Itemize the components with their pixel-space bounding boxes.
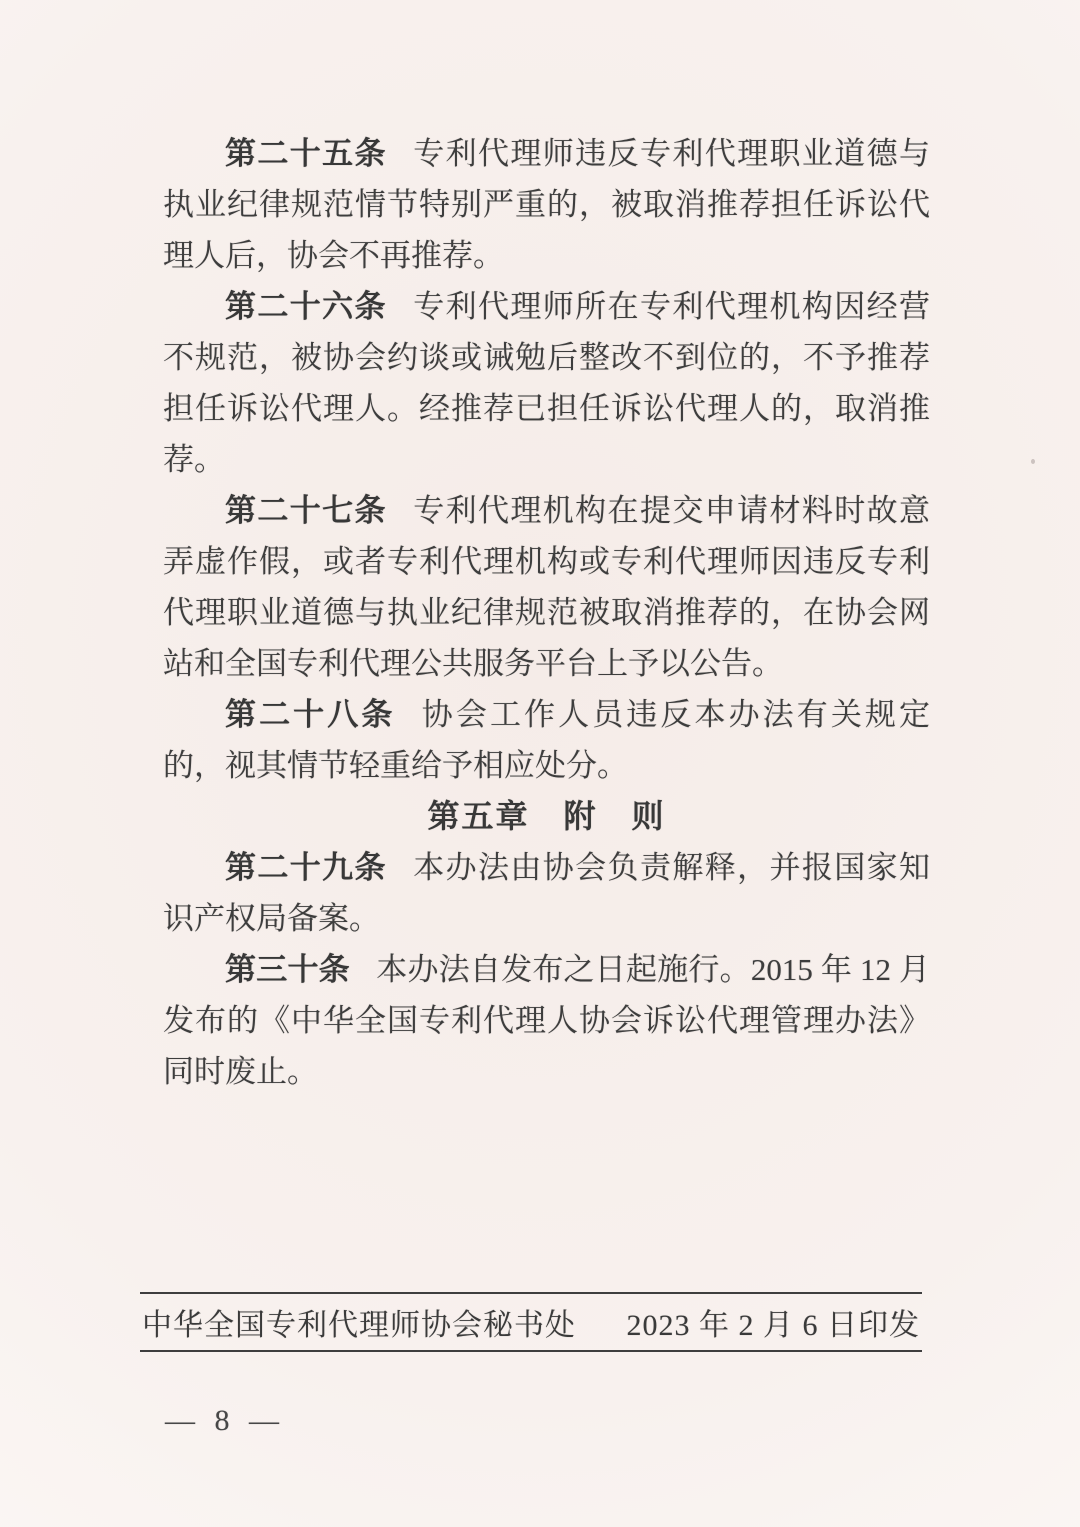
article-number: 第二十五条	[225, 136, 387, 171]
page-number: — 8 —	[165, 1404, 285, 1438]
colophon-row: 中华全国专利代理师协会秘书处 2023 年 2 月 6 日印发	[140, 1294, 922, 1350]
document-page: 第二十五条专利代理师违反专利代理职业道德与执业纪律规范情节特别严重的，被取消推荐…	[0, 0, 1080, 1527]
print-date: 2023 年 2 月 6 日印发	[627, 1300, 921, 1344]
article-paragraph-27: 第二十七条专利代理机构在提交申请材料时故意弄虚作假，或者专利代理机构或专利代理师…	[163, 485, 930, 689]
article-number: 第二十八条	[225, 697, 395, 732]
article-number: 第三十条	[225, 952, 350, 987]
colophon-rule-bottom	[140, 1350, 922, 1352]
article-paragraph-25: 第二十五条专利代理师违反专利代理职业道德与执业纪律规范情节特别严重的，被取消推荐…	[163, 128, 930, 281]
issuing-office: 中华全国专利代理师协会秘书处	[142, 1300, 576, 1344]
article-paragraph-26: 第二十六条专利代理师所在专利代理机构因经营不规范，被协会约谈或诫勉后整改不到位的…	[163, 281, 930, 485]
article-number: 第二十七条	[225, 493, 387, 528]
document-body: 第二十五条专利代理师违反专利代理职业道德与执业纪律规范情节特别严重的，被取消推荐…	[163, 128, 930, 1097]
article-number: 第二十九条	[225, 850, 387, 885]
article-number: 第二十六条	[225, 289, 387, 324]
article-paragraph-30: 第三十条本办法自发布之日起施行。2015 年 12 月发布的《中华全国专利代理人…	[163, 944, 930, 1097]
article-paragraph-28: 第二十八条协会工作人员违反本办法有关规定的，视其情节轻重给予相应处分。	[163, 689, 930, 791]
chapter-heading: 第五章 附 则	[163, 791, 930, 842]
article-paragraph-29: 第二十九条本办法由协会负责解释，并报国家知识产权局备案。	[163, 842, 930, 944]
scan-artifact-speck	[1031, 459, 1035, 464]
colophon: 中华全国专利代理师协会秘书处 2023 年 2 月 6 日印发	[140, 1292, 922, 1352]
